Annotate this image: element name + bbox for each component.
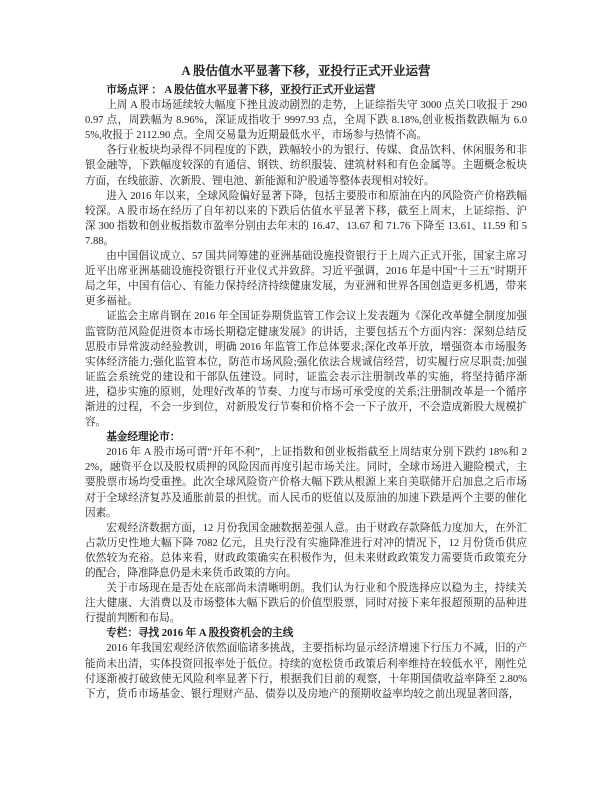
paragraph-11: 专栏：寻找 2016 年 A 股投资机会的主线: [85, 626, 527, 641]
paragraph-7: 基金经理论市：: [85, 430, 527, 445]
document-body: 市场点评 ： A 股估值水平显著下移，亚投行正式开业运营上周 A 股市场延续较大…: [85, 83, 527, 702]
paragraph-12: 2016 年我国宏观经济依然面临诸多挑战，主要指标均显示经济增速下行压力不减，旧…: [85, 641, 527, 701]
paragraph-2: 上周 A 股市场延续较大幅度下挫且波动剧烈的走势，上证综指失守 3000 点关口…: [85, 98, 527, 143]
paragraph-8: 2016 年 A 股市场可谓“开年不利”，上证指数和创业板指截至上周结束分别下跌…: [85, 445, 527, 520]
paragraph-4: 进入 2016 年以来，全球风险偏好显著下降，包括主要股市和原油在内的风险资产价…: [85, 189, 527, 249]
paragraph-3: 各行业板块均录得不同程度的下跌，跌幅较小的为银行、传媒、食品饮料、休闲服务和非银…: [85, 143, 527, 188]
document-page: A 股估值水平显著下移，亚投行正式开业运营 市场点评 ： A 股估值水平显著下移…: [0, 0, 612, 792]
paragraph-10: 关于市场现在是否处在底部尚未清晰明朗。我们认为行业和个股选择应以稳为主，持续关注…: [85, 581, 527, 626]
paragraph-9: 宏观经济数据方面，12 月份我国金融数据差强人意。由于财政存款降低力度加大，在外…: [85, 521, 527, 581]
paragraph-1: 市场点评 ： A 股估值水平显著下移，亚投行正式开业运营: [85, 83, 527, 98]
paragraph-6: 证监会主席肖钢在 2016 年全国证券期货监管工作会议上发表题为《深化改革健全制…: [85, 309, 527, 430]
paragraph-5: 由中国倡议成立、57 国共同筹建的亚洲基础设施投资银行于上周六正式开张，国家主席…: [85, 249, 527, 309]
document-title: A 股估值水平显著下移，亚投行正式开业运营: [85, 63, 527, 80]
